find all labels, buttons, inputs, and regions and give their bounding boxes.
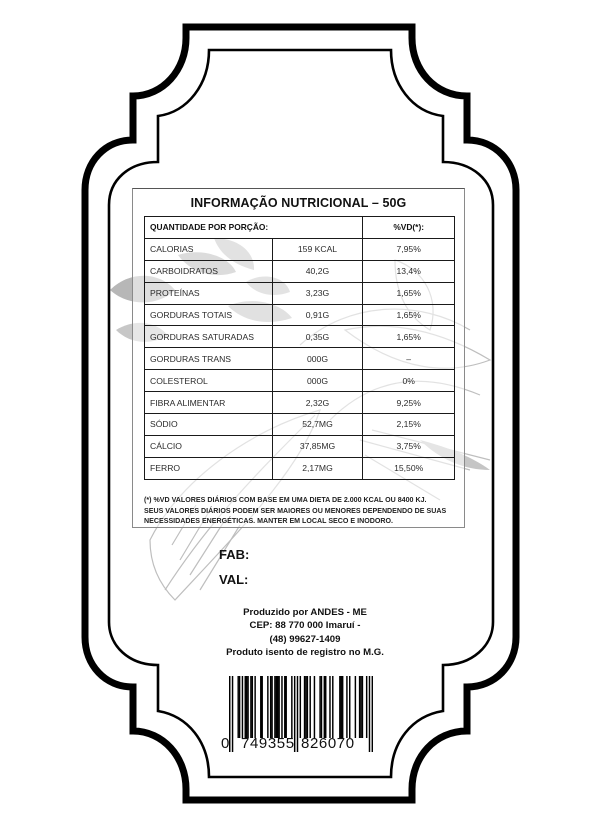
table-row: CARBOIDRATOS40,2G13,4%	[145, 260, 455, 282]
nutrition-table: QUANTIDADE POR PORÇÃO: %VD(*): CALORIAS1…	[144, 216, 455, 480]
table-row: COLESTEROL000G0%	[145, 370, 455, 392]
nutrient-name: SÓDIO	[145, 414, 273, 436]
nutrient-dv: 0%	[363, 370, 455, 392]
nutrient-amount: 0,91G	[272, 304, 363, 326]
nutrient-name: GORDURAS TOTAIS	[145, 304, 273, 326]
nutrient-dv: 1,65%	[363, 282, 455, 304]
footnote: (*) %VD VALORES DIÁRIOS COM BASE EM UMA …	[144, 495, 464, 527]
nutrient-name: FERRO	[145, 457, 273, 479]
nutrient-name: FIBRA ALIMENTAR	[145, 392, 273, 414]
nutrition-facts-panel: INFORMAÇÃO NUTRICIONAL – 50G QUANTIDADE …	[132, 188, 465, 528]
nutrient-amount: 159 KCAL	[272, 238, 363, 260]
producer-line: (48) 99627-1409	[180, 633, 430, 646]
table-row: GORDURAS TOTAIS0,91G1,65%	[145, 304, 455, 326]
barcode-left-digits: 749355	[241, 735, 295, 752]
nutrient-dv: 1,65%	[363, 304, 455, 326]
nutrient-name: PROTEÍNAS	[145, 282, 273, 304]
nutrient-dv: 2,15%	[363, 414, 455, 436]
footnote-line: SEUS VALORES DIÁRIOS PODEM SER MAIORES O…	[144, 506, 464, 517]
producer-info: Produzido por ANDES - ME CEP: 88 770 000…	[180, 606, 430, 660]
producer-line: CEP: 88 770 000 Imaruí -	[180, 619, 430, 632]
nutrient-name: CARBOIDRATOS	[145, 260, 273, 282]
nutrient-amount: 000G	[272, 370, 363, 392]
nutrient-dv: 15,50%	[363, 457, 455, 479]
table-row: CÁLCIO37,85MG3,75%	[145, 435, 455, 457]
nutrient-name: COLESTEROL	[145, 370, 273, 392]
table-row: GORDURAS TRANS000G–	[145, 348, 455, 370]
nutrient-name: GORDURAS TRANS	[145, 348, 273, 370]
producer-line: Produzido por ANDES - ME	[180, 606, 430, 619]
nutrient-amount: 37,85MG	[272, 435, 363, 457]
nutrient-amount: 0,35G	[272, 326, 363, 348]
producer-line: Produto isento de registro no M.G.	[180, 646, 430, 659]
table-row: SÓDIO52,7MG2,15%	[145, 414, 455, 436]
expiry-date-label: VAL:	[219, 572, 248, 587]
table-row: GORDURAS SATURADAS0,35G1,65%	[145, 326, 455, 348]
nutrient-amount: 40,2G	[272, 260, 363, 282]
nutrient-dv: 3,75%	[363, 435, 455, 457]
manufacture-date-label: FAB:	[219, 547, 249, 562]
table-row: CALORIAS159 KCAL7,95%	[145, 238, 455, 260]
nutrient-dv: 9,25%	[363, 392, 455, 414]
header-portion: QUANTIDADE POR PORÇÃO:	[145, 217, 363, 239]
table-row: FIBRA ALIMENTAR2,32G9,25%	[145, 392, 455, 414]
footnote-line: NECESSIDADES ENERGÉTICAS. MANTER EM LOCA…	[144, 516, 464, 527]
nutrient-dv: –	[363, 348, 455, 370]
nutrient-name: CÁLCIO	[145, 435, 273, 457]
table-header-row: QUANTIDADE POR PORÇÃO: %VD(*):	[145, 217, 455, 239]
nutrient-dv: 13,4%	[363, 260, 455, 282]
nutrient-amount: 2,32G	[272, 392, 363, 414]
table-row: FERRO2,17MG15,50%	[145, 457, 455, 479]
footnote-line: (*) %VD VALORES DIÁRIOS COM BASE EM UMA …	[144, 495, 464, 506]
nutrient-name: GORDURAS SATURADAS	[145, 326, 273, 348]
nutrient-amount: 52,7MG	[272, 414, 363, 436]
table-row: PROTEÍNAS3,23G1,65%	[145, 282, 455, 304]
nutrient-amount: 2,17MG	[272, 457, 363, 479]
barcode-right-digits: 826070	[301, 735, 355, 752]
nutrient-name: CALORIAS	[145, 238, 273, 260]
nutrient-dv: 1,65%	[363, 326, 455, 348]
header-dv: %VD(*):	[363, 217, 455, 239]
nutrient-amount: 3,23G	[272, 282, 363, 304]
nutrition-title: INFORMAÇÃO NUTRICIONAL – 50G	[133, 196, 464, 210]
nutrient-amount: 000G	[272, 348, 363, 370]
barcode-first-digit: 0	[221, 735, 229, 752]
nutrient-dv: 7,95%	[363, 238, 455, 260]
